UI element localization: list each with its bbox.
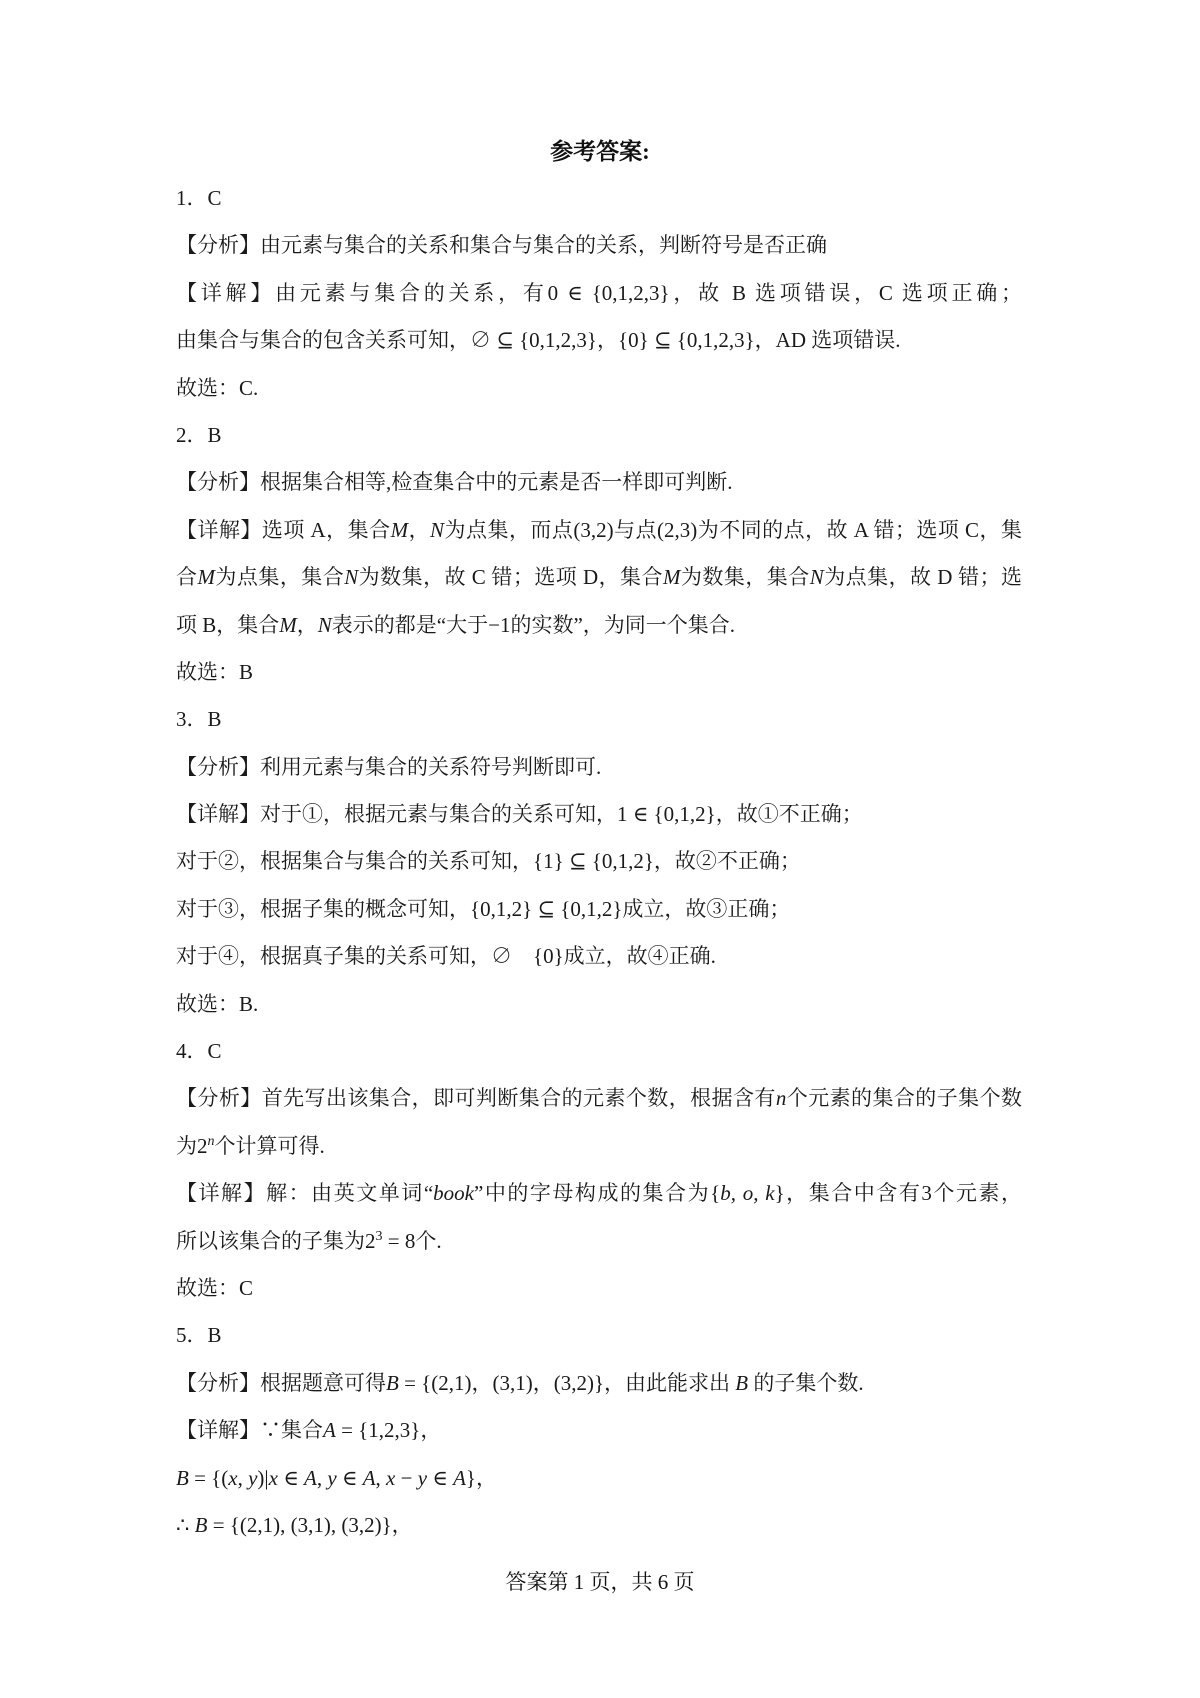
q3-detail-line-4: 对于④，根据真子集的关系可知，∅ {0}成立，故④正确. (176, 933, 1022, 980)
page-footer: 答案第 1 页，共 6 页 (0, 1568, 1200, 1596)
q2-answer: 2．B (176, 412, 1022, 459)
q3-answer: 3．B (176, 696, 1022, 743)
q1-detail-line-1: 【详解】由元素与集合的关系，有0 ∈ {0,1,2,3}，故 B 选项错误，C … (176, 270, 1022, 317)
q2-detail-line-1: 【详解】选项 A，集合M，N为点集，而点(3,2)与点(2,3)为不同的点，故 … (176, 507, 1022, 554)
answers-content: 1．C 【分析】由元素与集合的关系和集合与集合的关系，判断符号是否正确 【详解】… (176, 175, 1022, 1549)
q5-detail-line-1: 【详解】∵集合A = {1,2,3}， (176, 1407, 1022, 1454)
answer-document-page: 参考答案: 1．C 【分析】由元素与集合的关系和集合与集合的关系，判断符号是否正… (0, 0, 1200, 1698)
q2-detail-line-3: 项 B，集合M，N表示的都是“大于−1的实数”，为同一个集合. (176, 602, 1022, 649)
q5-detail-line-2: B = {(x, y)|x ∈ A, y ∈ A, x − y ∈ A}， (176, 1455, 1022, 1502)
q2-analysis: 【分析】根据集合相等,检查集合中的元素是否一样即可判断. (176, 459, 1022, 506)
q2-detail-line-2: 合M为点集，集合N为数集，故 C 错；选项 D，集合M为数集，集合N为点集，故 … (176, 554, 1022, 601)
q3-detail-line-1: 【详解】对于①，根据元素与集合的关系可知，1 ∈ {0,1,2}，故①不正确； (176, 791, 1022, 838)
q3-conclusion: 故选：B. (176, 981, 1022, 1028)
q5-answer: 5．B (176, 1312, 1022, 1359)
q4-answer: 4．C (176, 1028, 1022, 1075)
q4-detail-line-1: 【详解】解：由英文单词“book”中的字母构成的集合为{b, o, k}，集合中… (176, 1170, 1022, 1217)
q3-detail-line-2: 对于②，根据集合与集合的关系可知，{1} ⊆ {0,1,2}，故②不正确； (176, 838, 1022, 885)
q4-detail-line-2: 所以该集合的子集为23 = 8个. (176, 1218, 1022, 1265)
q1-analysis: 【分析】由元素与集合的关系和集合与集合的关系，判断符号是否正确 (176, 222, 1022, 269)
page-title: 参考答案: (0, 138, 1200, 166)
q2-conclusion: 故选：B (176, 649, 1022, 696)
q4-analysis-line-2: 为2n个计算可得. (176, 1123, 1022, 1170)
q1-answer: 1．C (176, 175, 1022, 222)
q3-detail-line-3: 对于③，根据子集的概念可知，{0,1,2} ⊆ {0,1,2}成立，故③正确； (176, 886, 1022, 933)
q3-analysis: 【分析】利用元素与集合的关系符号判断即可. (176, 744, 1022, 791)
q1-conclusion: 故选：C. (176, 365, 1022, 412)
q5-analysis: 【分析】根据题意可得B = {(2,1)，(3,1)，(3,2)}，由此能求出 … (176, 1360, 1022, 1407)
q4-analysis-line-1: 【分析】首先写出该集合，即可判断集合的元素个数，根据含有n个元素的集合的子集个数 (176, 1075, 1022, 1122)
q5-detail-line-3: ∴ B = {(2,1), (3,1), (3,2)}， (176, 1502, 1022, 1549)
q1-detail-line-2: 由集合与集合的包含关系可知，∅ ⊆ {0,1,2,3}，{0} ⊆ {0,1,2… (176, 317, 1022, 364)
q4-conclusion: 故选：C (176, 1265, 1022, 1312)
